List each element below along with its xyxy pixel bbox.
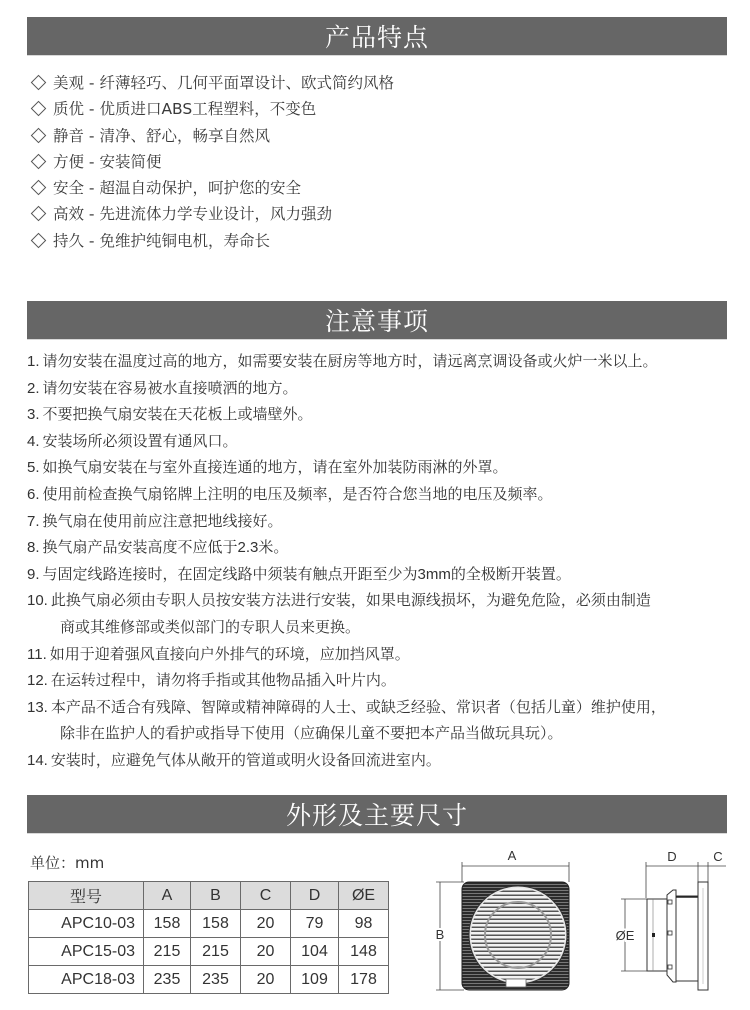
note-item: 9.与固定线路连接时，在固定线路中须装有触点开距至少为3mm的全极断开装置。 — [27, 562, 742, 589]
side-view: D C ØE — [616, 849, 726, 990]
note-item: 5.如换气扇安装在与室外直接连通的地方，请在室外加装防雨淋的外罩。 — [27, 455, 742, 482]
table-row: APC10-03 158 158 20 79 98 — [29, 910, 389, 938]
note-item: 10.此换气扇必须由专职人员按安装方法进行安装，如果电源线损坏，为避免危险，必须… — [27, 588, 742, 641]
notes-title: 注意事项 — [325, 302, 429, 338]
note-item: 1.请勿安装在温度过高的地方，如需要安装在厨房等地方时，请远离烹调设备或火炉一米… — [27, 349, 742, 376]
col-header-model: 型号 — [29, 882, 144, 910]
diamond-icon — [31, 206, 47, 222]
note-item: 13.本产品不适合有残障、智障或精神障碍的人士、或缺乏经验、常识者（包括儿童）维… — [27, 695, 742, 748]
label-c: C — [713, 849, 722, 864]
notes-list: 1.请勿安装在温度过高的地方，如需要安装在厨房等地方时，请远离烹调设备或火炉一米… — [27, 349, 742, 775]
fan-dimension-diagram: A B D C ØE — [420, 840, 750, 1010]
feature-item: 静音 - 清净、舒心，畅享自然风 — [30, 123, 394, 149]
col-header-a: A — [144, 882, 191, 910]
label-d: D — [667, 849, 676, 864]
unit-label: 单位：mm — [30, 852, 104, 873]
features-header-bar: 产品特点 — [27, 17, 727, 55]
note-item: 7.换气扇在使用前应注意把地线接好。 — [27, 509, 742, 536]
feature-item: 方便 - 安装简便 — [30, 149, 394, 175]
note-item: 4.安装场所必须设置有通风口。 — [27, 429, 742, 456]
note-item: 14.安装时，应避免气体从敞开的管道或明火设备回流进室内。 — [27, 748, 742, 775]
diamond-icon — [31, 127, 47, 143]
front-view: A B — [436, 848, 569, 990]
table-row: APC15-03 215 215 20 104 148 — [29, 938, 389, 966]
feature-item: 美观 - 纤薄轻巧、几何平面罩设计、欧式简约风格 — [30, 70, 394, 96]
label-a: A — [508, 848, 517, 863]
note-item: 12.在运转过程中，请勿将手指或其他物品插入叶片内。 — [27, 668, 742, 695]
table-header-row: 型号 A B C D ØE — [29, 882, 389, 910]
note-item: 8.换气扇产品安装高度不应低于2.3米。 — [27, 535, 742, 562]
features-title: 产品特点 — [325, 18, 429, 54]
diamond-icon — [31, 101, 47, 117]
dimensions-title: 外形及主要尺寸 — [286, 796, 468, 832]
dimensions-header-bar: 外形及主要尺寸 — [27, 795, 727, 833]
note-item: 3.不要把换气扇安装在天花板上或墙壁外。 — [27, 402, 742, 429]
diamond-icon — [31, 180, 47, 196]
col-header-b: B — [191, 882, 241, 910]
note-item: 2.请勿安装在容易被水直接喷洒的地方。 — [27, 376, 742, 403]
table-row: APC18-03 235 235 20 109 178 — [29, 966, 389, 994]
dimensions-table: 型号 A B C D ØE APC10-03 158 158 20 79 98 … — [28, 881, 389, 994]
note-item: 6.使用前检查换气扇铭牌上注明的电压及频率，是否符合您当地的电压及频率。 — [27, 482, 742, 509]
feature-item: 安全 - 超温自动保护，呵护您的安全 — [30, 175, 394, 201]
label-e: ØE — [616, 928, 635, 943]
note-item: 11.如用于迎着强风直接向户外排气的环境，应加挡风罩。 — [27, 642, 742, 669]
features-list: 美观 - 纤薄轻巧、几何平面罩设计、欧式简约风格 质优 - 优质进口ABS工程塑… — [30, 70, 394, 254]
col-header-d: D — [291, 882, 339, 910]
diamond-icon — [31, 233, 47, 249]
feature-item: 质优 - 优质进口ABS工程塑料，不变色 — [30, 96, 394, 122]
feature-item: 持久 - 免维护纯铜电机，寿命长 — [30, 228, 394, 254]
label-b: B — [436, 927, 445, 942]
notes-header-bar: 注意事项 — [27, 301, 727, 339]
col-header-c: C — [241, 882, 291, 910]
diamond-icon — [31, 154, 47, 170]
diamond-icon — [31, 75, 47, 91]
feature-item: 高效 - 先进流体力学专业设计，风力强劲 — [30, 201, 394, 227]
note-continuation: 除非在监护人的看护或指导下使用（应确保儿童不要把本产品当做玩具玩）。 — [27, 721, 742, 748]
col-header-e: ØE — [339, 882, 389, 910]
note-continuation: 商或其维修部或类似部门的专职人员来更换。 — [27, 615, 742, 642]
